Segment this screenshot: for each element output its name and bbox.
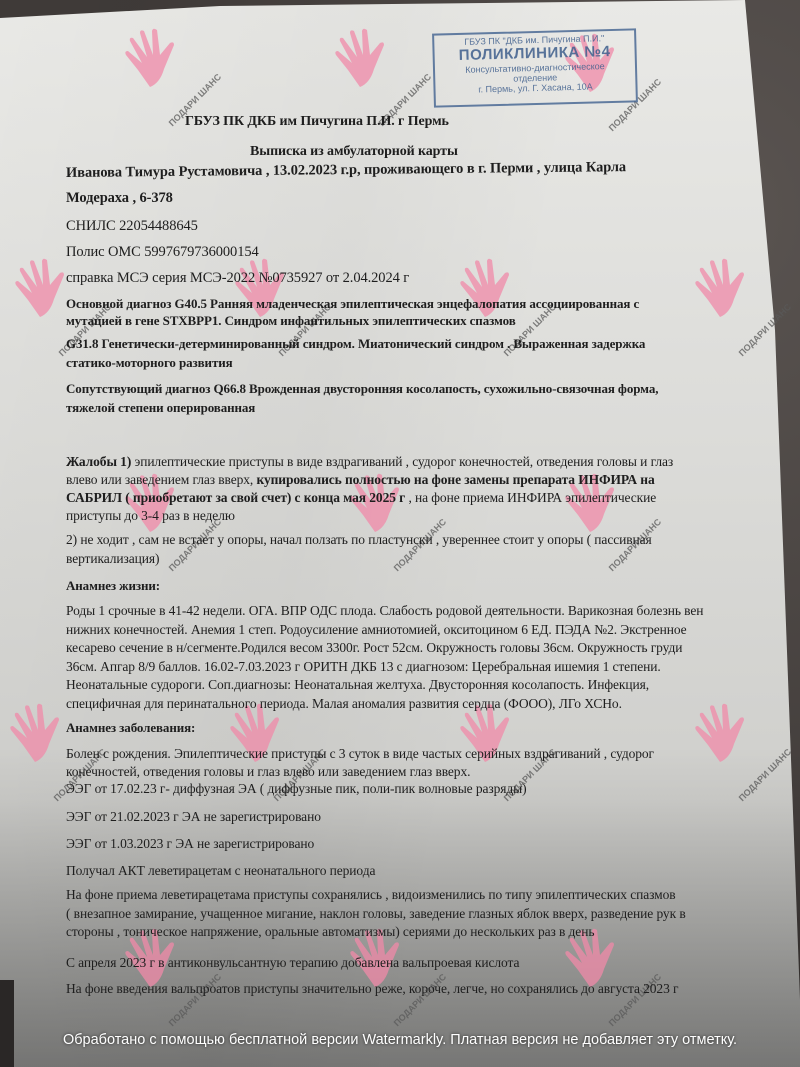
life-history-line: Роды 1 срочные в 41-42 недели. ОГА. ВПР … — [66, 603, 703, 619]
disease-history-heading: Анамнез заболевания: — [66, 720, 195, 736]
akt-history: Получал АКТ леветирацетам с неонатальног… — [66, 863, 375, 879]
disease-history-line: конечностей, отведения головы и глаз вле… — [66, 764, 470, 780]
valproate-effect: На фоне введения вальпроатов приступы зн… — [66, 981, 678, 997]
oms-policy: Полис ОМС 5997679736000154 — [66, 244, 259, 261]
complaints-text-3a: САБРИЛ ( приобретают за свой счет) с кон… — [66, 490, 405, 505]
main-diagnosis-line-1: Основной диагноз G40.5 Ранняя младенческ… — [66, 296, 639, 312]
complaints-line-3: САБРИЛ ( приобретают за свой счет) с кон… — [66, 490, 656, 506]
snils: СНИЛС 22054488645 — [66, 218, 198, 235]
complaints-line-2: влево или заведением глаз вверх, купиров… — [66, 472, 655, 488]
levetiracetam-line: На фоне приема леветирацетама приступы с… — [66, 887, 676, 903]
disease-history-line: Болен с рождения. Эпилептические приступ… — [66, 746, 654, 762]
complaints-item-2-line-1: 2) не ходит , сам не встает у опоры, нач… — [66, 532, 652, 548]
complaints-text-2a: влево или заведением глаз вверх, — [66, 472, 256, 487]
institution-header: ГБУЗ ПК ДКБ им Пичугина П.И. г Пермь — [185, 114, 449, 130]
complaints-text-3b: , на фоне приема ИНФИРА эпилептические — [405, 490, 656, 505]
life-history-line: специфичная для перинатального периода. … — [66, 696, 622, 712]
g31-diagnosis-line-1: G31.8 Генетически-детерминированный синд… — [66, 336, 645, 352]
complaints-item-2-line-2: вертикализация) — [66, 551, 159, 567]
complaints-text-1: эпилептические приступы в виде вздрагива… — [131, 454, 673, 469]
eeg-entry-2: ЭЭГ от 21.02.2023 г ЭА не зарегистрирова… — [66, 809, 321, 825]
levetiracetam-line: стороны , тоническое напряжение, оральны… — [66, 924, 594, 940]
comorbid-diagnosis-line-2: тяжелой степени оперированная — [66, 400, 255, 416]
g31-diagnosis-line-2: статико-моторного развития — [66, 355, 233, 371]
life-history-heading: Анамнез жизни: — [66, 578, 160, 594]
valproic-acid-added: С апреля 2023 г в антиконвульсантную тер… — [66, 955, 519, 971]
complaints-line-1: Жалобы 1) эпилептические приступы в виде… — [66, 454, 673, 470]
levetiracetam-line: ( внезапное замирание, учащенное мигание… — [66, 906, 686, 922]
life-history-line: 36см. Апгар 8/9 баллов. 16.02-7.03.2023 … — [66, 659, 661, 675]
complaints-text-2b: купировались полностью на фоне замены пр… — [256, 472, 654, 487]
mse-certificate: справка МСЭ серия МСЭ-2022 №0735927 от 2… — [66, 270, 409, 287]
life-history-line: нижних конечностей. Анемия 1 степ. Родоу… — [66, 622, 687, 638]
complaints-label: Жалобы 1) — [66, 454, 131, 469]
background-corner — [0, 980, 14, 1067]
clinic-stamp: ГБУЗ ПК "ДКБ им. Пичугина П.И." ПОЛИКЛИН… — [432, 28, 638, 107]
life-history-line: Неонатальные судороги. Соп.диагнозы: Нео… — [66, 677, 649, 693]
disease-history-line: ЭЭГ от 17.02.23 г- диффузная ЭА ( диффуз… — [66, 781, 527, 797]
eeg-entry-3: ЭЭГ от 1.03.2023 г ЭА не зарегистрирован… — [66, 836, 314, 852]
complaints-line-4: приступы до 3-4 раз в неделю — [66, 508, 235, 524]
comorbid-diagnosis-line-1: Сопутствующий диагноз Q66.8 Врожденная д… — [66, 381, 658, 397]
main-diagnosis-line-2: мутацией в гене STXBPP1. Синдром инфанти… — [66, 313, 516, 329]
document-title: Выписка из амбулаторной карты — [250, 144, 458, 160]
patient-line-2: Модераха , 6-378 — [66, 190, 173, 207]
watermarkly-notice: Обработано с помощью бесплатной версии W… — [0, 1032, 800, 1048]
life-history-line: кесарево сечение в н/сегменте.Родился ве… — [66, 640, 682, 656]
